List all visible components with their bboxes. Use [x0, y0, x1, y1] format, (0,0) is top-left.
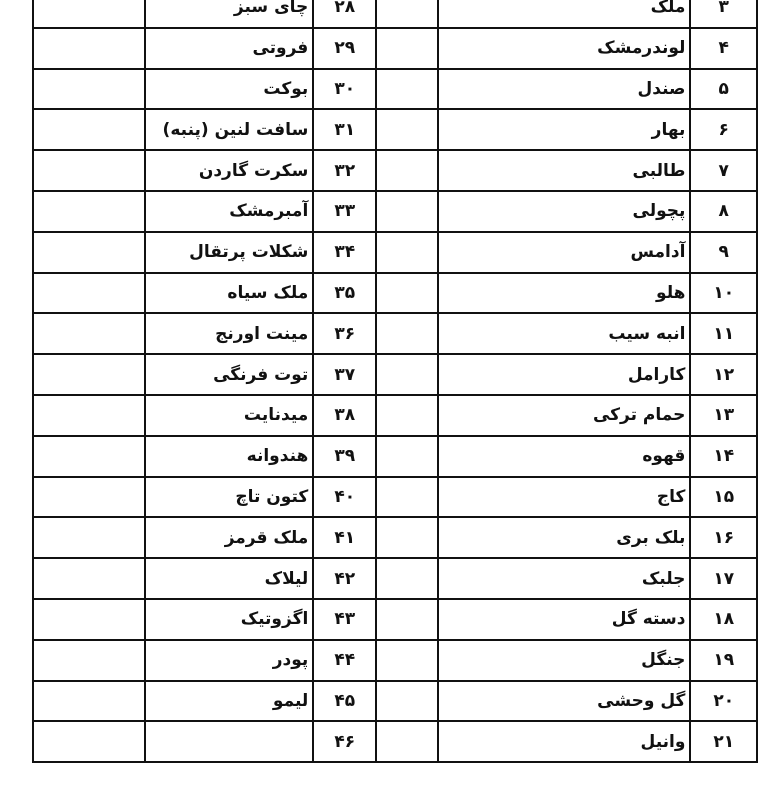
blank-cell [33, 681, 145, 722]
left-name-cell: شکلات پرتقال [145, 232, 313, 273]
left-number-cell: ۳۵ [313, 273, 376, 314]
left-name-cell: ملک قرمز [145, 517, 313, 558]
table-row: ۹ آدامس ۳۴ شکلات پرتقال [33, 232, 757, 273]
left-name-cell: اگزوتیک [145, 599, 313, 640]
left-number-cell: ۴۱ [313, 517, 376, 558]
right-number-cell: ۳ [690, 0, 757, 28]
left-number-cell: ۴۵ [313, 681, 376, 722]
left-number-cell: ۳۱ [313, 109, 376, 150]
right-name-cell: کاج [438, 477, 691, 518]
left-name-cell: چای سبز [145, 0, 313, 28]
right-name-cell: طالبی [438, 150, 691, 191]
left-number-cell: ۴۲ [313, 558, 376, 599]
blank-cell [376, 640, 438, 681]
left-number-cell: ۳۴ [313, 232, 376, 273]
blank-cell [33, 150, 145, 191]
blank-cell [376, 558, 438, 599]
table-row: ۴ لوندرمشک ۲۹ فروتی [33, 28, 757, 69]
right-number-cell: ۱۸ [690, 599, 757, 640]
left-number-cell: ۳۶ [313, 313, 376, 354]
left-name-cell: ملک سیاه [145, 273, 313, 314]
right-number-cell: ۱۲ [690, 354, 757, 395]
blank-cell [33, 313, 145, 354]
right-name-cell: لوندرمشک [438, 28, 691, 69]
left-number-cell: ۴۶ [313, 721, 376, 762]
left-name-cell: فروتی [145, 28, 313, 69]
blank-cell [376, 721, 438, 762]
left-number-cell: ۳۲ [313, 150, 376, 191]
left-number-cell: ۲۹ [313, 28, 376, 69]
blank-cell [376, 436, 438, 477]
left-name-cell: سکرت گاردن [145, 150, 313, 191]
right-name-cell: بلک بری [438, 517, 691, 558]
blank-cell [376, 28, 438, 69]
right-number-cell: ۱۴ [690, 436, 757, 477]
table-row: ۱۶ بلک بری ۴۱ ملک قرمز [33, 517, 757, 558]
right-number-cell: ۸ [690, 191, 757, 232]
table-row: ۲۰ گل وحشی ۴۵ لیمو [33, 681, 757, 722]
left-number-cell: ۳۳ [313, 191, 376, 232]
right-name-cell: انبه سیب [438, 313, 691, 354]
left-number-cell: ۳۰ [313, 69, 376, 110]
left-name-cell: لیلاک [145, 558, 313, 599]
right-name-cell: گل وحشی [438, 681, 691, 722]
table-body: ۳ ملک ۲۸ چای سبز ۴ لوندرمشک ۲۹ فروتی ۵ ص… [33, 0, 757, 762]
table-row: ۱۷ جلبک ۴۲ لیلاک [33, 558, 757, 599]
left-name-cell: آمبرمشک [145, 191, 313, 232]
right-number-cell: ۴ [690, 28, 757, 69]
right-name-cell: جلبک [438, 558, 691, 599]
blank-cell [33, 395, 145, 436]
table-row: ۲۱ وانیل ۴۶ [33, 721, 757, 762]
blank-cell [33, 354, 145, 395]
right-name-cell: حمام ترکی [438, 395, 691, 436]
right-number-cell: ۵ [690, 69, 757, 110]
right-name-cell: صندل [438, 69, 691, 110]
blank-cell [376, 150, 438, 191]
blank-cell [33, 109, 145, 150]
right-name-cell: هلو [438, 273, 691, 314]
right-name-cell: کارامل [438, 354, 691, 395]
right-name-cell: بهار [438, 109, 691, 150]
right-name-cell: دسته گل [438, 599, 691, 640]
blank-cell [376, 232, 438, 273]
table-row: ۱۰ هلو ۳۵ ملک سیاه [33, 273, 757, 314]
blank-cell [376, 354, 438, 395]
right-number-cell: ۱۹ [690, 640, 757, 681]
table-row: ۱۲ کارامل ۳۷ توت فرنگی [33, 354, 757, 395]
table-row: ۷ طالبی ۳۲ سکرت گاردن [33, 150, 757, 191]
table-row: ۸ پچولی ۳۳ آمبرمشک [33, 191, 757, 232]
blank-cell [376, 395, 438, 436]
right-number-cell: ۲۱ [690, 721, 757, 762]
right-number-cell: ۱۳ [690, 395, 757, 436]
table-row: ۱۳ حمام ترکی ۳۸ میدنایت [33, 395, 757, 436]
blank-cell [33, 232, 145, 273]
left-name-cell: کتون تاچ [145, 477, 313, 518]
table-row: ۱۴ قهوه ۳۹ هندوانه [33, 436, 757, 477]
left-number-cell: ۲۸ [313, 0, 376, 28]
left-number-cell: ۳۸ [313, 395, 376, 436]
left-name-cell: سافت لنین (پنبه) [145, 109, 313, 150]
table-row: ۱۵ کاج ۴۰ کتون تاچ [33, 477, 757, 518]
right-number-cell: ۱۰ [690, 273, 757, 314]
table-row: ۱۸ دسته گل ۴۳ اگزوتیک [33, 599, 757, 640]
right-name-cell: پچولی [438, 191, 691, 232]
blank-cell [376, 191, 438, 232]
blank-cell [33, 28, 145, 69]
blank-cell [376, 69, 438, 110]
right-number-cell: ۶ [690, 109, 757, 150]
left-number-cell: ۳۷ [313, 354, 376, 395]
blank-cell [33, 436, 145, 477]
right-number-cell: ۲۰ [690, 681, 757, 722]
blank-cell [33, 69, 145, 110]
right-number-cell: ۱۷ [690, 558, 757, 599]
blank-cell [33, 517, 145, 558]
blank-cell [376, 273, 438, 314]
blank-cell [376, 109, 438, 150]
blank-cell [376, 313, 438, 354]
blank-cell [33, 273, 145, 314]
blank-cell [376, 599, 438, 640]
left-number-cell: ۴۰ [313, 477, 376, 518]
right-name-cell: وانیل [438, 721, 691, 762]
fragrance-list-table: ۳ ملک ۲۸ چای سبز ۴ لوندرمشک ۲۹ فروتی ۵ ص… [32, 0, 758, 763]
left-number-cell: ۴۴ [313, 640, 376, 681]
blank-cell [376, 517, 438, 558]
left-name-cell: لیمو [145, 681, 313, 722]
left-name-cell: مینت اورنج [145, 313, 313, 354]
right-name-cell: ملک [438, 0, 691, 28]
right-number-cell: ۱۱ [690, 313, 757, 354]
blank-cell [33, 477, 145, 518]
blank-cell [33, 640, 145, 681]
right-number-cell: ۱۵ [690, 477, 757, 518]
left-name-cell: میدنایت [145, 395, 313, 436]
blank-cell [376, 477, 438, 518]
left-name-cell: توت فرنگی [145, 354, 313, 395]
left-name-cell: بوکت [145, 69, 313, 110]
left-name-cell [145, 721, 313, 762]
right-name-cell: آدامس [438, 232, 691, 273]
right-name-cell: جنگل [438, 640, 691, 681]
left-name-cell: پودر [145, 640, 313, 681]
table-row: ۱۹ جنگل ۴۴ پودر [33, 640, 757, 681]
left-number-cell: ۴۳ [313, 599, 376, 640]
right-name-cell: قهوه [438, 436, 691, 477]
blank-cell [33, 0, 145, 28]
table-row: ۵ صندل ۳۰ بوکت [33, 69, 757, 110]
blank-cell [33, 721, 145, 762]
blank-cell [33, 558, 145, 599]
left-name-cell: هندوانه [145, 436, 313, 477]
right-number-cell: ۷ [690, 150, 757, 191]
blank-cell [376, 0, 438, 28]
right-number-cell: ۹ [690, 232, 757, 273]
left-number-cell: ۳۹ [313, 436, 376, 477]
blank-cell [376, 681, 438, 722]
right-number-cell: ۱۶ [690, 517, 757, 558]
table-row: ۱۱ انبه سیب ۳۶ مینت اورنج [33, 313, 757, 354]
blank-cell [33, 191, 145, 232]
table-row: ۳ ملک ۲۸ چای سبز [33, 0, 757, 28]
table-row: ۶ بهار ۳۱ سافت لنین (پنبه) [33, 109, 757, 150]
blank-cell [33, 599, 145, 640]
